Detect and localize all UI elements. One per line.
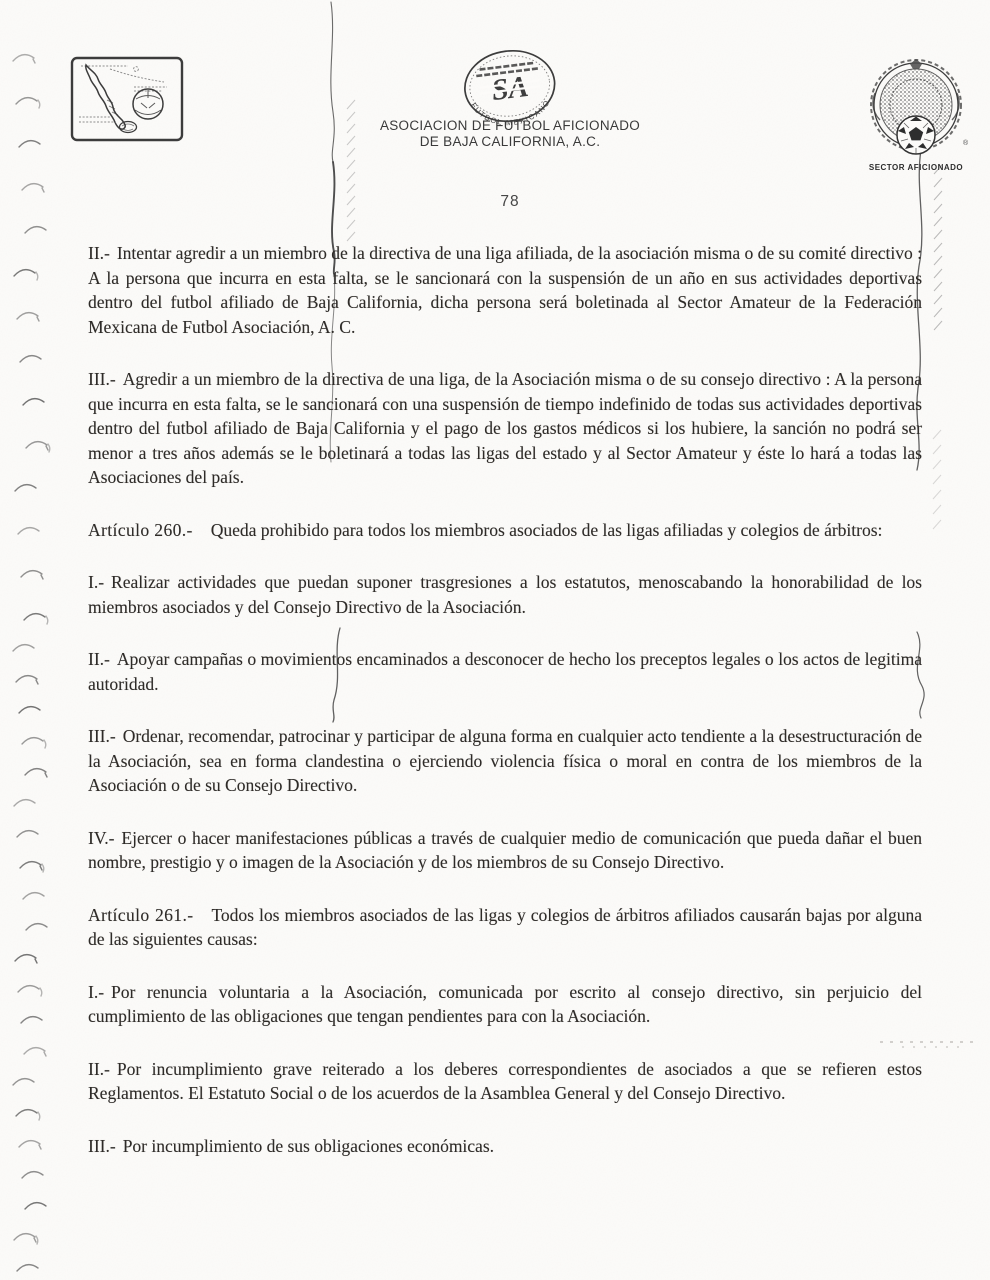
page-number: 78 [300, 193, 720, 211]
paragraph: III.-Por incumplimiento de sus obligacio… [88, 1134, 922, 1159]
paragraph-label: IV.- [88, 828, 114, 848]
paragraph-text: Ejercer o hacer manifestaciones públicas… [88, 828, 922, 873]
paragraph: I.-Por renuncia voluntaria a la Asociaci… [88, 980, 922, 1029]
organization-name: ASOCIACION DE FUTBOL AFICIONADO DE BAJA … [300, 118, 720, 150]
organization-name-line1: ASOCIACION DE FUTBOL AFICIONADO [300, 118, 720, 134]
paragraph: III.-Agredir a un miembro de la directiv… [88, 367, 922, 490]
paragraph: II.-Intentar agredir a un miembro de la … [88, 241, 922, 339]
paragraph-label: III.- [88, 369, 116, 389]
paragraph-label: III.- [88, 726, 116, 746]
paragraph: II.-Por incumplimiento grave reiterado a… [88, 1057, 922, 1106]
paragraph: IV.-Ejercer o hacer manifestaciones públ… [88, 826, 922, 875]
paragraph-text: Queda prohibido para todos los miembros … [211, 520, 883, 540]
paragraph-text: Apoyar campañas o movimientos encaminado… [88, 649, 922, 694]
femexfut-crest-logo: ® SECTOR AFICIONADO [864, 55, 972, 180]
crest-eagle [910, 59, 922, 69]
paragraph-text: Ordenar, recomendar, patrocinar y partic… [88, 726, 922, 795]
paragraph-text: Todos los miembros asociados de las liga… [88, 905, 922, 950]
paragraph-text: Agredir a un miembro de la directiva de … [88, 369, 922, 487]
scanned-document-page: SA FUTBOL MEXICANO [0, 0, 990, 1280]
paragraph: I.-Realizar actividades que puedan supon… [88, 570, 922, 619]
paragraph-text: Por incumplimiento de sus obligaciones e… [123, 1136, 494, 1156]
crest-soccer-ball [897, 116, 935, 154]
paragraph: III.-Ordenar, recomendar, patrocinar y p… [88, 724, 922, 798]
paragraph-label: II.- [88, 649, 110, 669]
baja-california-map-logo [70, 56, 184, 149]
paragraph-label: Artículo 260.- [88, 520, 193, 540]
paragraph-text: Intentar agredir a un miembro de la dire… [88, 243, 922, 337]
paragraph-label: I.- [88, 982, 104, 1002]
registered-mark: ® [963, 139, 969, 147]
paragraph-article-261: Artículo 261.-Todos los miembros asociad… [88, 903, 922, 952]
hatch-marks-right [933, 165, 942, 529]
paragraph-label: II.- [88, 1059, 110, 1079]
paragraph-text: Por incumplimiento grave reiterado a los… [88, 1059, 922, 1104]
peninsula-outline [86, 65, 125, 129]
paragraph-label: II.- [88, 243, 110, 263]
organization-name-line2: DE BAJA CALIFORNIA, A.C. [300, 134, 720, 150]
paragraph-label: III.- [88, 1136, 116, 1156]
crest-caption: SECTOR AFICIONADO [869, 163, 963, 172]
paragraph-label: Artículo 261.- [88, 905, 193, 925]
paragraph-text: Por renuncia voluntaria a la Asociación,… [88, 982, 922, 1027]
paragraph-article-260: Artículo 260.-Queda prohibido para todos… [88, 518, 922, 543]
spiral-binding-marks [13, 55, 50, 1271]
paragraph-text: Realizar actividades que puedan suponer … [88, 572, 922, 617]
paragraph-label: I.- [88, 572, 104, 592]
paragraph: II.-Apoyar campañas o movimientos encami… [88, 647, 922, 696]
document-body: II.-Intentar agredir a un miembro de la … [88, 241, 922, 1186]
